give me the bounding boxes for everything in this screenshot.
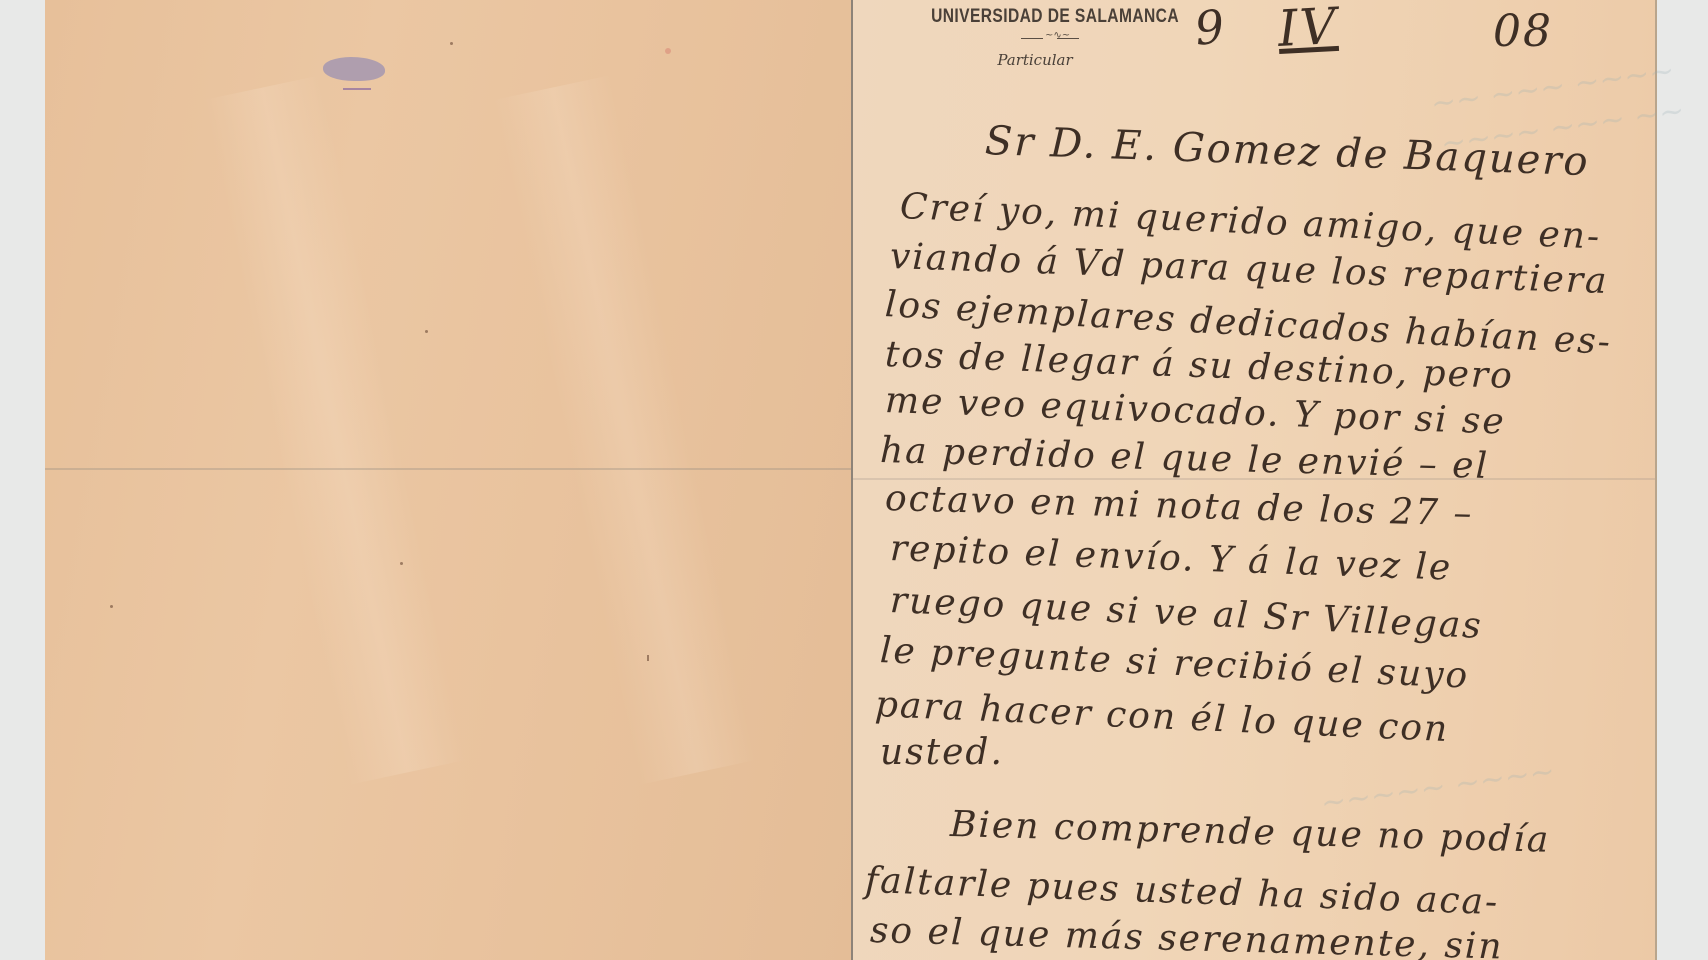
left-page-blank — [45, 0, 851, 960]
date-day: 9 — [1192, 0, 1229, 56]
letterhead: UNIVERSIDAD DE SALAMANCA ~∿~ Particular — [905, 6, 1195, 69]
purple-ink-stamp-mark — [323, 57, 385, 81]
paper-spot — [425, 330, 428, 333]
letterhead-ornament: ~∿~ — [1021, 33, 1079, 43]
paper-right-edge — [1655, 0, 1657, 960]
paper-crease — [494, 75, 757, 785]
paper-spot — [110, 605, 113, 608]
paper-spot — [665, 48, 671, 54]
paper-spot — [647, 655, 649, 661]
horizontal-fold-line — [45, 468, 851, 470]
date-year: 08 — [1493, 6, 1553, 57]
letterhead-subtitle: Particular — [875, 51, 1195, 69]
paper-spot — [400, 562, 403, 565]
paper-spot — [450, 42, 453, 45]
date-month: IV — [1276, 0, 1339, 58]
paper-crease — [204, 75, 467, 785]
stamp-trace-mark — [343, 88, 371, 90]
letter-line: usted. — [880, 732, 1004, 773]
institution-name: UNIVERSIDAD DE SALAMANCA — [931, 6, 1169, 28]
